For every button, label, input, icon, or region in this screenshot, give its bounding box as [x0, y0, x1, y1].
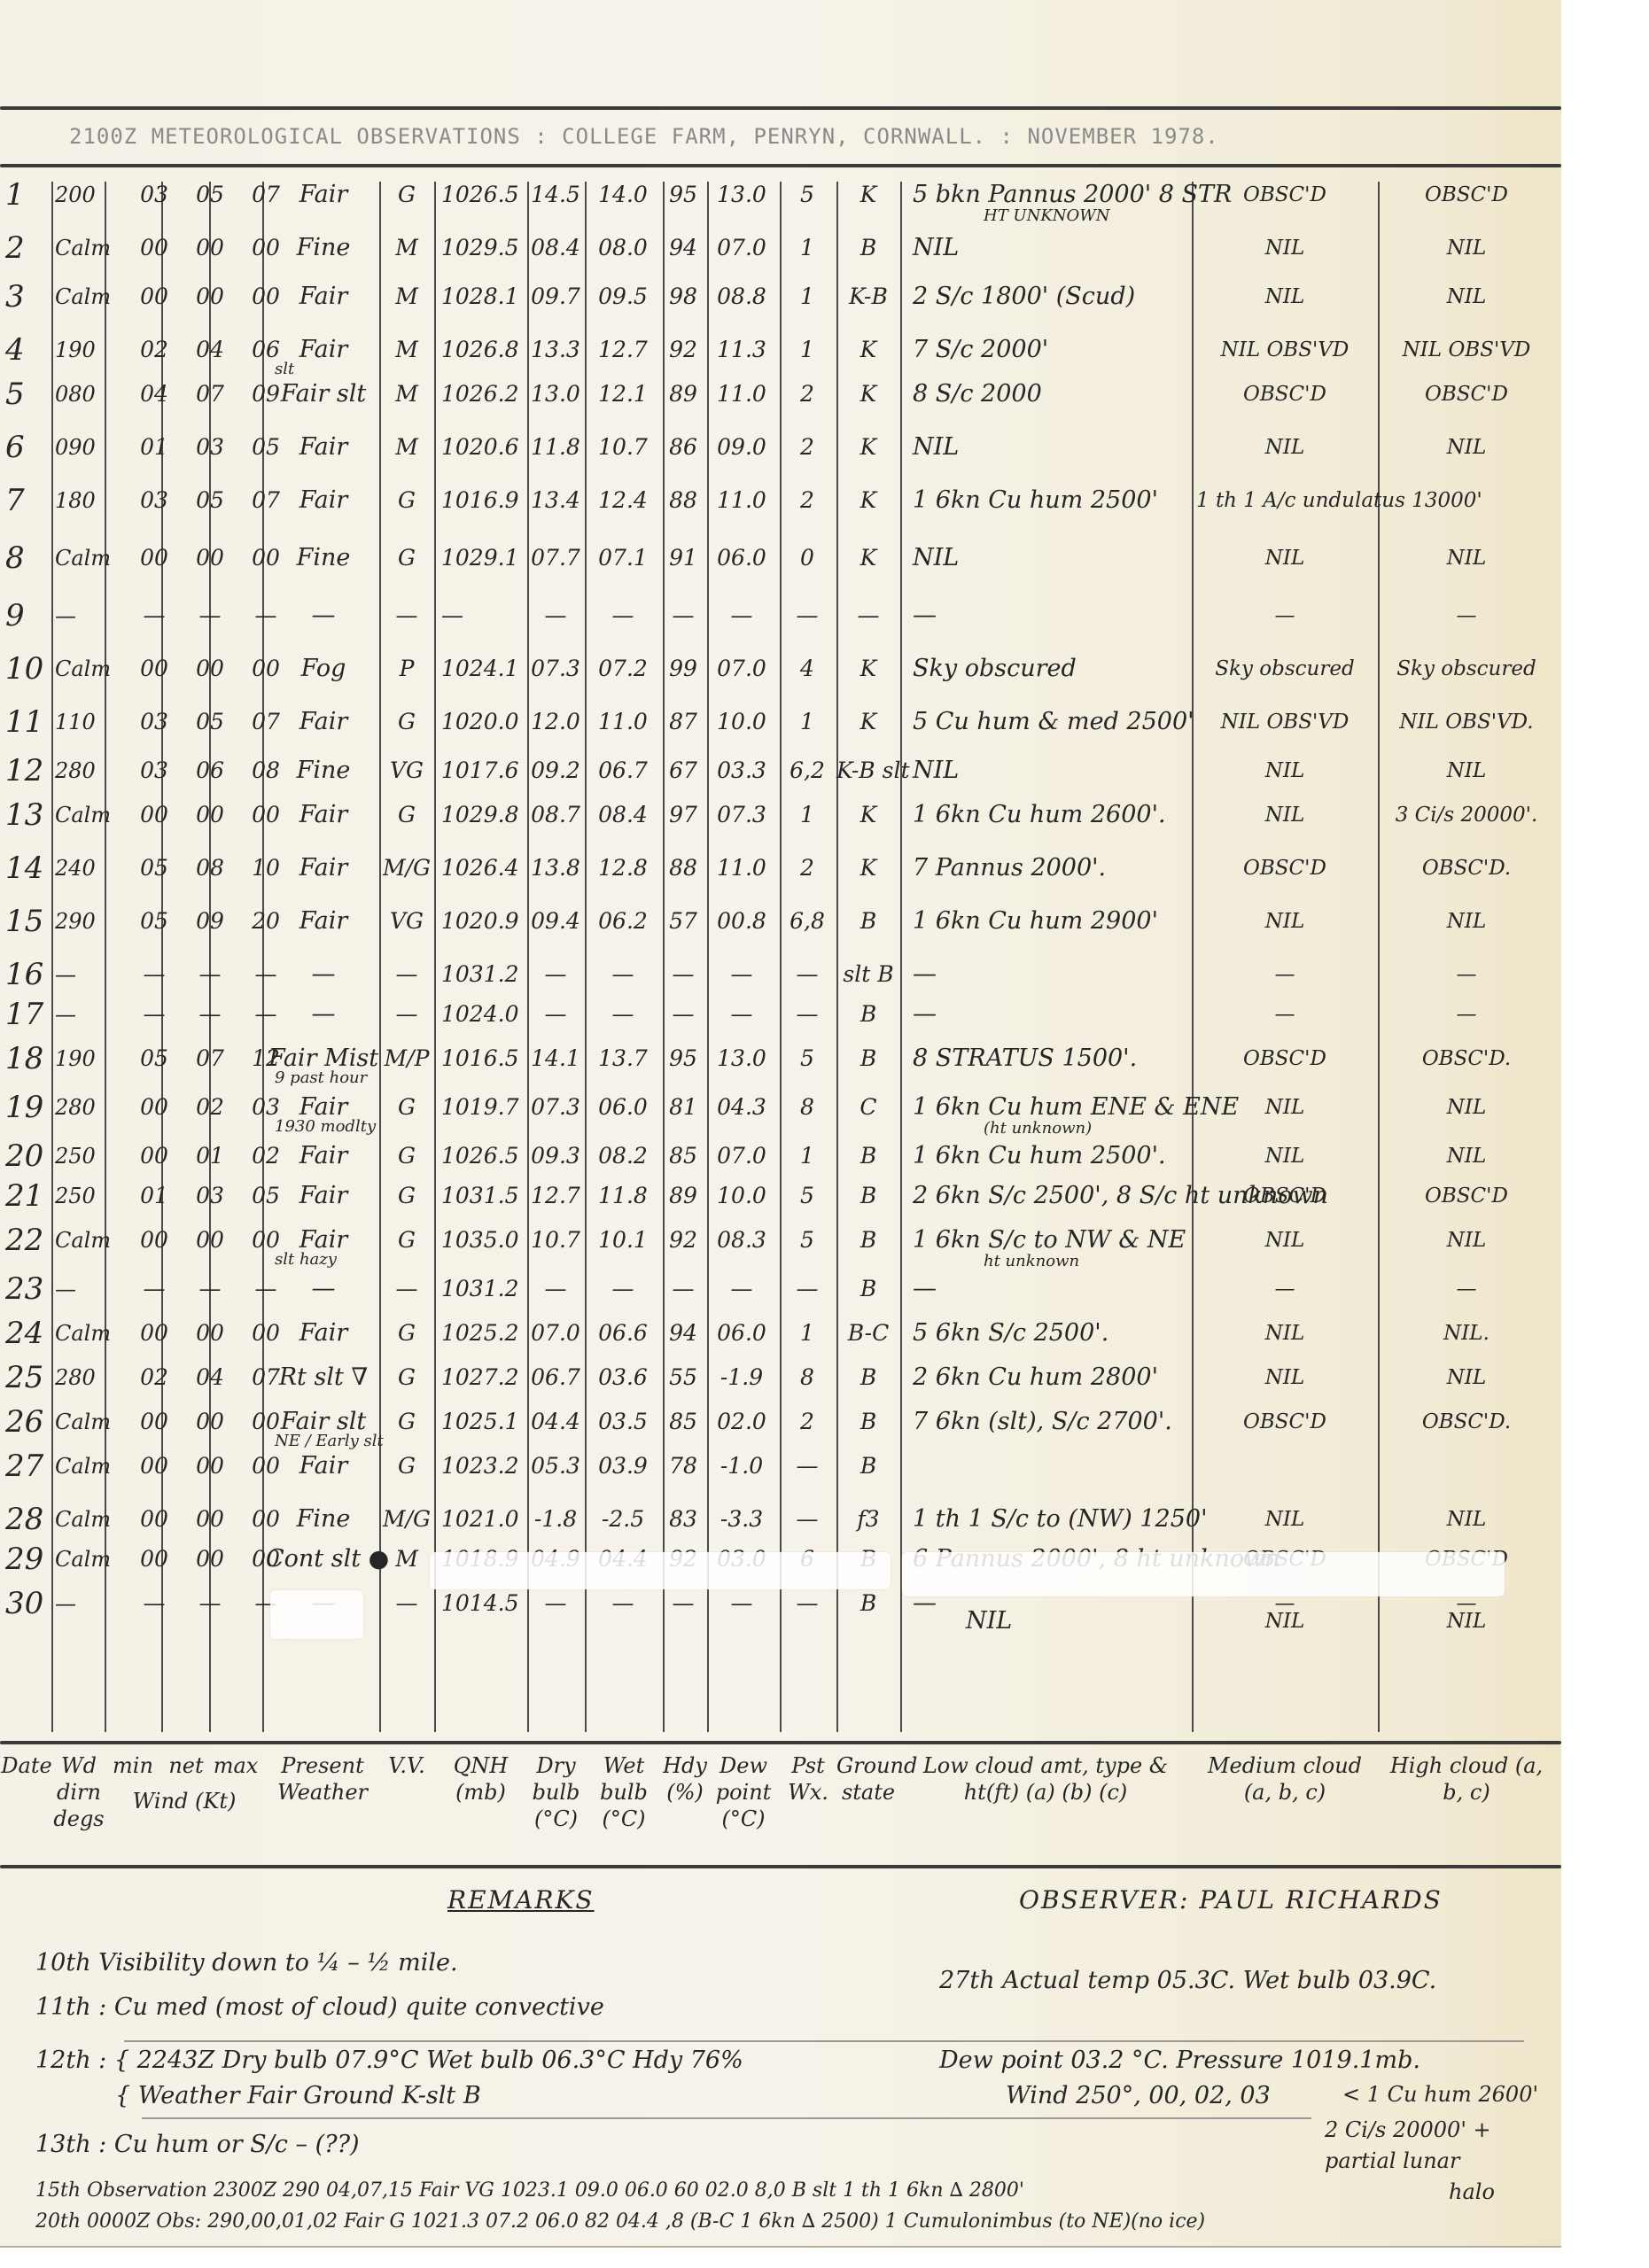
wet-bulb-cell: 12.8 — [585, 846, 661, 890]
qnh-pressure-cell: 1027.2 — [434, 1355, 530, 1400]
low-cloud-cell: NIL — [913, 425, 1178, 470]
present-weather-cell: Fair — [266, 846, 381, 890]
humidity-cell: 87 — [663, 700, 704, 744]
table-row: 10Calm000000FogP1024.107.307.29907.04KSk… — [0, 647, 1561, 691]
medium-cloud-cell: NIL — [1196, 425, 1373, 470]
header-ground-state: Ground state — [836, 1752, 900, 1806]
table-row: 18190050712Fair MistM/P1016.514.113.7951… — [0, 1037, 1561, 1081]
qnh-pressure-cell: 1024.0 — [434, 992, 530, 1037]
dry-bulb-cell: 13.4 — [527, 478, 584, 523]
dew-point-cell: 06.0 — [705, 536, 778, 580]
remark-12th-cloud-2: 2 Ci/s 20000' + — [1325, 2117, 1491, 2142]
medium-cloud-cell: — — [1196, 594, 1373, 638]
table-row: 20250000102FairG1026.509.308.28507.01B1 … — [0, 1134, 1561, 1178]
humidity-cell: 95 — [663, 173, 704, 217]
wind-min-cell: 05 — [129, 846, 179, 890]
date-cell: 18 — [5, 1037, 51, 1081]
high-cloud-cell: NIL — [1382, 1085, 1551, 1130]
wind-mean-cell: 00 — [183, 226, 237, 270]
ground-state-cell: K — [836, 793, 900, 837]
wind-mean-cell: 00 — [183, 1537, 237, 1581]
remark-12th-cloud-3: partial lunar — [1325, 2148, 1459, 2173]
table-row: 25280020407Rt slt ∇G1027.206.703.655-1.9… — [0, 1355, 1561, 1400]
wind-min-cell: 00 — [129, 647, 179, 691]
wind-mean-cell: 00 — [183, 536, 237, 580]
past-weather-cell: — — [780, 1267, 835, 1311]
wind-min-cell: 02 — [129, 328, 179, 372]
dry-bulb-cell: 04.4 — [527, 1400, 584, 1444]
qnh-pressure-cell: 1029.8 — [434, 793, 530, 837]
date-cell: 27 — [5, 1444, 51, 1488]
humidity-cell: 94 — [663, 1311, 704, 1355]
wind-min-cell: 03 — [129, 700, 179, 744]
header-dry-bulb: Dry bulb (°C) — [527, 1752, 585, 1832]
medium-cloud-cell — [1196, 1444, 1373, 1488]
wind-direction-cell: 280 — [55, 1085, 126, 1130]
date-cell: 22 — [5, 1218, 51, 1262]
table-row: 27Calm000000FairG1023.205.303.978-1.0—B — [0, 1444, 1561, 1488]
dew-point-cell: -1.9 — [705, 1355, 778, 1400]
dew-point-cell: 09.0 — [705, 425, 778, 470]
visibility-cell: P — [381, 647, 432, 691]
high-cloud-cell: OBSC'D — [1382, 173, 1551, 217]
wind-mean-cell: 04 — [183, 328, 237, 372]
visibility-cell: M/P — [381, 1037, 432, 1081]
header-qnh: QNH (mb) — [434, 1752, 527, 1806]
visibility-cell: G — [381, 1174, 432, 1218]
wind-mean-cell: 00 — [183, 647, 237, 691]
table-row: 28Calm000000FineM/G1021.0-1.8-2.583-3.3—… — [0, 1497, 1561, 1542]
humidity-cell: 85 — [663, 1134, 704, 1178]
wind-min-cell: 01 — [129, 1174, 179, 1218]
wind-mean-cell: 09 — [183, 899, 237, 944]
wet-bulb-cell: 08.0 — [585, 226, 661, 270]
low-cloud-cell — [913, 1444, 1178, 1488]
humidity-cell: 91 — [663, 536, 704, 580]
past-weather-cell: 1 — [780, 793, 835, 837]
pencil-line — [124, 2040, 1524, 2042]
wet-bulb-cell: 12.1 — [585, 372, 661, 416]
observer-name: OBSERVER: PAUL RICHARDS — [1019, 1885, 1443, 1915]
present-weather-cell: Fair — [266, 1174, 381, 1218]
wind-direction-cell: Calm — [55, 226, 126, 270]
ground-state-cell: B — [836, 899, 900, 944]
dry-bulb-cell: 14.5 — [527, 173, 584, 217]
past-weather-cell: 5 — [780, 1218, 835, 1262]
low-cloud-cell: 7 Pannus 2000'. — [913, 846, 1178, 890]
ground-state-cell: K-B slt — [836, 749, 900, 793]
low-cloud-cell: 1 6kn Cu hum 2500' — [913, 478, 1178, 523]
wet-bulb-cell: 09.5 — [585, 275, 661, 319]
ground-state-cell: f3 — [836, 1497, 900, 1542]
wind-direction-cell: 250 — [55, 1174, 126, 1218]
wind-direction-cell: — — [55, 1267, 126, 1311]
dew-point-cell: 07.0 — [705, 226, 778, 270]
dry-bulb-cell: 05.3 — [527, 1444, 584, 1488]
past-weather-cell: 2 — [780, 846, 835, 890]
high-cloud-cell: NIL OBS'VD — [1382, 328, 1551, 372]
low-cloud-cell: 2 6kn S/c 2500', 8 S/c ht unknown — [913, 1174, 1178, 1218]
wind-min-cell: 01 — [129, 425, 179, 470]
medium-cloud-cell: OBSC'D — [1196, 1400, 1373, 1444]
date-cell: 20 — [5, 1134, 51, 1178]
wind-direction-cell: 290 — [55, 899, 126, 944]
dew-point-cell: 11.0 — [705, 478, 778, 523]
wet-bulb-cell: 14.0 — [585, 173, 661, 217]
dry-bulb-cell: — — [527, 992, 584, 1037]
medium-cloud-cell: — — [1196, 992, 1373, 1037]
medium-cloud-cell: NIL — [1196, 1218, 1373, 1262]
dew-point-cell: — — [705, 952, 778, 997]
high-cloud-cell: NIL — [1382, 899, 1551, 944]
ground-state-cell: K — [836, 647, 900, 691]
high-cloud-cell: 3 Ci/s 20000'. — [1382, 793, 1551, 837]
wind-min-cell: 00 — [129, 1537, 179, 1581]
dry-bulb-cell: 13.3 — [527, 328, 584, 372]
date-cell: 17 — [5, 992, 51, 1037]
date-cell: 21 — [5, 1174, 51, 1218]
wet-bulb-cell: 06.6 — [585, 1311, 661, 1355]
high-cloud-cell: — — [1382, 1267, 1551, 1311]
high-cloud-cell: OBSC'D. — [1382, 1037, 1551, 1081]
qnh-pressure-cell: 1031.2 — [434, 1267, 530, 1311]
dew-point-cell: — — [705, 594, 778, 638]
remark-27th: 27th Actual temp 05.3C. Wet bulb 03.9C. — [939, 1967, 1436, 1994]
tape-strip — [902, 1552, 1505, 1596]
present-weather-cell: Fair — [266, 793, 381, 837]
past-weather-cell: 6,8 — [780, 899, 835, 944]
wind-direction-cell: 180 — [55, 478, 126, 523]
wind-mean-cell: 01 — [183, 1134, 237, 1178]
humidity-cell: 92 — [663, 1218, 704, 1262]
header-bottom-rule — [0, 1865, 1561, 1868]
table-row: 5080040709Fair sltM1026.213.012.18911.02… — [0, 372, 1561, 416]
wind-direction-cell: — — [55, 992, 126, 1037]
header-past-weather: Pst Wx. — [780, 1752, 836, 1806]
present-weather-cell: Fair — [266, 1134, 381, 1178]
visibility-cell: VG — [381, 899, 432, 944]
qnh-pressure-cell: 1026.2 — [434, 372, 530, 416]
table-row-extra: NILNILNIL — [0, 1599, 1561, 1643]
ground-state-cell: B — [836, 1037, 900, 1081]
wind-mean-cell: 08 — [183, 846, 237, 890]
medium-cloud-cell: 1 th 1 A/c undulatus 13000' — [1196, 478, 1373, 523]
wind-mean-cell: — — [183, 952, 237, 997]
date-cell: 7 — [5, 478, 51, 523]
date-cell: 2 — [5, 226, 51, 270]
dry-bulb-cell: 12.7 — [527, 1174, 584, 1218]
header-medium-cloud: Medium cloud (a, b, c) — [1192, 1752, 1378, 1806]
dew-point-cell: 00.8 — [705, 899, 778, 944]
medium-cloud-cell: NIL — [1196, 1497, 1373, 1542]
wind-mean-cell: 03 — [183, 1174, 237, 1218]
ground-state-cell: B — [836, 1174, 900, 1218]
high-cloud-cell: NIL — [1382, 1218, 1551, 1262]
wind-direction-cell: 110 — [55, 700, 126, 744]
qnh-pressure-cell: 1016.9 — [434, 478, 530, 523]
humidity-cell: 92 — [663, 328, 704, 372]
ground-state-cell: B — [836, 1400, 900, 1444]
date-cell: 19 — [5, 1085, 51, 1130]
wind-min-cell: 05 — [129, 899, 179, 944]
wind-direction-cell: Calm — [55, 793, 126, 837]
medium-cloud-cell: NIL OBS'VD — [1196, 328, 1373, 372]
date-cell: 3 — [5, 275, 51, 319]
humidity-cell: 86 — [663, 425, 704, 470]
qnh-pressure-cell: 1020.0 — [434, 700, 530, 744]
qnh-pressure-cell: 1029.1 — [434, 536, 530, 580]
table-row: 4190020406FairM1026.813.312.79211.31K7 S… — [0, 328, 1561, 372]
visibility-cell: G — [381, 536, 432, 580]
date-cell: 11 — [5, 700, 51, 744]
dry-bulb-cell: 09.3 — [527, 1134, 584, 1178]
past-weather-cell: 1 — [780, 226, 835, 270]
dry-bulb-cell: 08.7 — [527, 793, 584, 837]
wind-mean-cell: 00 — [183, 1218, 237, 1262]
qnh-pressure-cell: 1031.2 — [434, 952, 530, 997]
past-weather-cell: 4 — [780, 647, 835, 691]
ground-state-cell: slt B — [836, 952, 900, 997]
wind-mean-cell: 05 — [183, 173, 237, 217]
qnh-pressure-cell: 1020.6 — [434, 425, 530, 470]
wind-min-cell: 00 — [129, 1497, 179, 1542]
present-weather-cell: Cont slt ● — [266, 1537, 381, 1581]
present-weather-cell: Fair — [266, 1311, 381, 1355]
dew-point-cell: 08.8 — [705, 275, 778, 319]
past-weather-cell: 5 — [780, 1174, 835, 1218]
present-weather-cell: Fog — [266, 647, 381, 691]
wet-bulb-cell: 10.1 — [585, 1218, 661, 1262]
humidity-cell: 83 — [663, 1497, 704, 1542]
dry-bulb-cell: 12.0 — [527, 700, 584, 744]
humidity-cell: 95 — [663, 1037, 704, 1081]
humidity-cell: 94 — [663, 226, 704, 270]
present-weather-cell: Fair — [266, 425, 381, 470]
wind-min-cell: 00 — [129, 1085, 179, 1130]
remark-12th-cloud-1: < 1 Cu hum 2600' — [1342, 2082, 1538, 2107]
low-cloud-cell: 5 Cu hum & med 2500' — [913, 700, 1178, 744]
qnh-pressure-cell: 1024.1 — [434, 647, 530, 691]
wet-bulb-cell: 03.5 — [585, 1400, 661, 1444]
remark-20th: 20th 0000Z Obs: 290,00,01,02 Fair G 1021… — [35, 2210, 1205, 2233]
wind-min-cell: — — [129, 1267, 179, 1311]
tape-strip — [430, 1552, 891, 1589]
high-cloud-cell: NIL — [1382, 1134, 1551, 1178]
remark-11th: 11th : Cu med (most of cloud) quite conv… — [35, 1993, 604, 2021]
dry-bulb-cell: 11.8 — [527, 425, 584, 470]
table-row: 1200030507FairG1026.514.514.09513.05K5 b… — [0, 173, 1561, 217]
wind-min-cell: 03 — [129, 749, 179, 793]
past-weather-cell: — — [780, 952, 835, 997]
wind-direction-cell: Calm — [55, 275, 126, 319]
high-cloud-cell: — — [1382, 992, 1551, 1037]
wind-min-cell: 00 — [129, 1400, 179, 1444]
table-row: 6090010305FairM1020.611.810.78609.02KNIL… — [0, 425, 1561, 470]
present-weather-cell: Fair — [266, 478, 381, 523]
header-vv: V.V. — [379, 1752, 434, 1779]
humidity-cell: — — [663, 594, 704, 638]
high-cloud-cell: OBSC'D. — [1382, 1400, 1551, 1444]
high-cloud-cell: OBSC'D. — [1382, 846, 1551, 890]
qnh-pressure-cell: 1026.5 — [434, 173, 530, 217]
ground-state-cell: — — [836, 594, 900, 638]
wet-bulb-cell: 13.7 — [585, 1037, 661, 1081]
present-weather-cell: — — [266, 992, 381, 1037]
remark-13th: 13th : Cu hum or S/c – (??) — [35, 2131, 360, 2158]
qnh-pressure-cell: 1020.9 — [434, 899, 530, 944]
wind-min-cell: 03 — [129, 173, 179, 217]
wet-bulb-cell: — — [585, 992, 661, 1037]
wind-direction-cell: Calm — [55, 647, 126, 691]
wind-mean-cell: 00 — [183, 1400, 237, 1444]
past-weather-cell: 2 — [780, 1400, 835, 1444]
low-cloud-cell: NIL — [913, 226, 1178, 270]
wet-bulb-cell: 03.6 — [585, 1355, 661, 1400]
wind-mean-cell: 00 — [183, 1444, 237, 1488]
wind-min-cell: 03 — [129, 478, 179, 523]
date-cell: 5 — [5, 372, 51, 416]
table-row: 21250010305FairG1031.512.711.88910.05B2 … — [0, 1174, 1561, 1218]
past-weather-cell: 8 — [780, 1085, 835, 1130]
wind-mean-cell: 05 — [183, 700, 237, 744]
weather-annotation: slt hazy — [275, 1250, 337, 1269]
wet-bulb-cell: 07.1 — [585, 536, 661, 580]
title-rule — [0, 164, 1561, 167]
qnh-pressure-cell: — — [434, 594, 530, 638]
present-weather-cell: Fair — [266, 275, 381, 319]
visibility-cell: M — [381, 1537, 432, 1581]
date-cell: 16 — [5, 952, 51, 997]
medium-cloud-cell: — — [1196, 1267, 1373, 1311]
dew-point-cell: 13.0 — [705, 1037, 778, 1081]
humidity-cell: 97 — [663, 793, 704, 837]
ground-state-cell: K — [836, 846, 900, 890]
wind-mean-cell: — — [183, 1267, 237, 1311]
dew-point-cell: 10.0 — [705, 1174, 778, 1218]
medium-cloud-cell: NIL — [1196, 536, 1373, 580]
humidity-cell: 55 — [663, 1355, 704, 1400]
wet-bulb-cell: — — [585, 594, 661, 638]
wind-direction-cell: Calm — [55, 1311, 126, 1355]
past-weather-cell: 2 — [780, 372, 835, 416]
wind-mean-cell: — — [183, 992, 237, 1037]
table-row: 9———————————————— — [0, 594, 1561, 638]
high-cloud-cell: NIL — [1382, 1599, 1551, 1643]
header-high-cloud: High cloud (a, b, c) — [1378, 1752, 1555, 1806]
visibility-cell: G — [381, 173, 432, 217]
wind-min-cell: 02 — [129, 1355, 179, 1400]
dew-point-cell: 07.0 — [705, 1134, 778, 1178]
medium-cloud-cell: OBSC'D — [1196, 173, 1373, 217]
ground-state-cell: K-B — [836, 275, 900, 319]
high-cloud-cell: NIL — [1382, 425, 1551, 470]
wet-bulb-cell: 11.8 — [585, 1174, 661, 1218]
weather-annotation: 9 past hour — [275, 1068, 367, 1087]
visibility-cell: M — [381, 328, 432, 372]
dry-bulb-cell: 07.7 — [527, 536, 584, 580]
humidity-cell: 88 — [663, 478, 704, 523]
humidity-cell: 99 — [663, 647, 704, 691]
visibility-cell: G — [381, 1085, 432, 1130]
high-cloud-cell: OBSC'D — [1382, 372, 1551, 416]
visibility-cell: G — [381, 1444, 432, 1488]
past-weather-cell: 1 — [780, 328, 835, 372]
dry-bulb-cell: 07.3 — [527, 647, 584, 691]
medium-cloud-cell: NIL — [1196, 1311, 1373, 1355]
visibility-cell: G — [381, 700, 432, 744]
visibility-cell: G — [381, 793, 432, 837]
dry-bulb-cell: 14.1 — [527, 1037, 584, 1081]
low-cloud-cell: 1 th 1 S/c to (NW) 1250' — [913, 1497, 1178, 1542]
low-cloud-cell: — — [913, 594, 1178, 638]
wind-direction-cell: 090 — [55, 425, 126, 470]
date-cell: 1 — [5, 173, 51, 217]
humidity-cell: 89 — [663, 1174, 704, 1218]
header-wind-min: min — [106, 1752, 159, 1779]
wind-direction-cell: Calm — [55, 1218, 126, 1262]
humidity-cell: — — [663, 992, 704, 1037]
wind-mean-cell: 07 — [183, 372, 237, 416]
remarks-title: REMARKS — [447, 1885, 595, 1915]
visibility-cell: M — [381, 372, 432, 416]
low-cloud-cell: — — [913, 952, 1178, 997]
ground-state-cell: K — [836, 700, 900, 744]
dry-bulb-cell: — — [527, 1267, 584, 1311]
wind-direction-cell: 250 — [55, 1134, 126, 1178]
past-weather-cell: — — [780, 1497, 835, 1542]
dry-bulb-cell: 09.4 — [527, 899, 584, 944]
ground-state-cell: K — [836, 372, 900, 416]
qnh-pressure-cell: 1025.2 — [434, 1311, 530, 1355]
header-wind-dir: Wd dirn degs — [51, 1752, 106, 1832]
header-date: Date — [0, 1752, 53, 1779]
high-cloud-cell: NIL. — [1382, 1311, 1551, 1355]
wind-min-cell: 00 — [129, 1134, 179, 1178]
date-cell: 29 — [5, 1537, 51, 1581]
humidity-cell: 81 — [663, 1085, 704, 1130]
tape-strip — [270, 1590, 363, 1639]
dew-point-cell: 02.0 — [705, 1400, 778, 1444]
past-weather-cell: — — [780, 1444, 835, 1488]
wind-mean-cell: 00 — [183, 1311, 237, 1355]
qnh-pressure-cell: 1016.5 — [434, 1037, 530, 1081]
observation-sheet: 2100Z METEOROLOGICAL OBSERVATIONS : COLL… — [0, 0, 1561, 2248]
past-weather-cell: 5 — [780, 173, 835, 217]
high-cloud-cell: NIL — [1382, 536, 1551, 580]
low-cloud-cell: — — [913, 992, 1178, 1037]
low-cloud-cell: 7 6kn (slt), S/c 2700'. — [913, 1400, 1178, 1444]
remark-10th: 10th Visibility down to ¼ – ½ mile. — [35, 1949, 458, 1977]
wind-min-cell: 00 — [129, 275, 179, 319]
high-cloud-cell — [1382, 478, 1551, 523]
medium-cloud-cell: — — [1196, 952, 1373, 997]
qnh-pressure-cell: 1021.0 — [434, 1497, 530, 1542]
wet-bulb-cell: 12.4 — [585, 478, 661, 523]
medium-cloud-cell: NIL — [1196, 1085, 1373, 1130]
dew-point-cell: 08.3 — [705, 1218, 778, 1262]
wind-min-cell: 00 — [129, 1218, 179, 1262]
page-title: 2100Z METEOROLOGICAL OBSERVATIONS : COLL… — [69, 124, 1219, 149]
high-cloud-cell: — — [1382, 952, 1551, 997]
medium-cloud-cell: OBSC'D — [1196, 372, 1373, 416]
present-weather-cell: Fair — [266, 899, 381, 944]
wet-bulb-cell: 03.9 — [585, 1444, 661, 1488]
table-row: 7180030507FairG1016.913.412.48811.02K1 6… — [0, 478, 1561, 523]
humidity-cell: 57 — [663, 899, 704, 944]
present-weather-cell: — — [266, 952, 381, 997]
dry-bulb-cell: 07.0 — [527, 1311, 584, 1355]
humidity-cell: 67 — [663, 749, 704, 793]
